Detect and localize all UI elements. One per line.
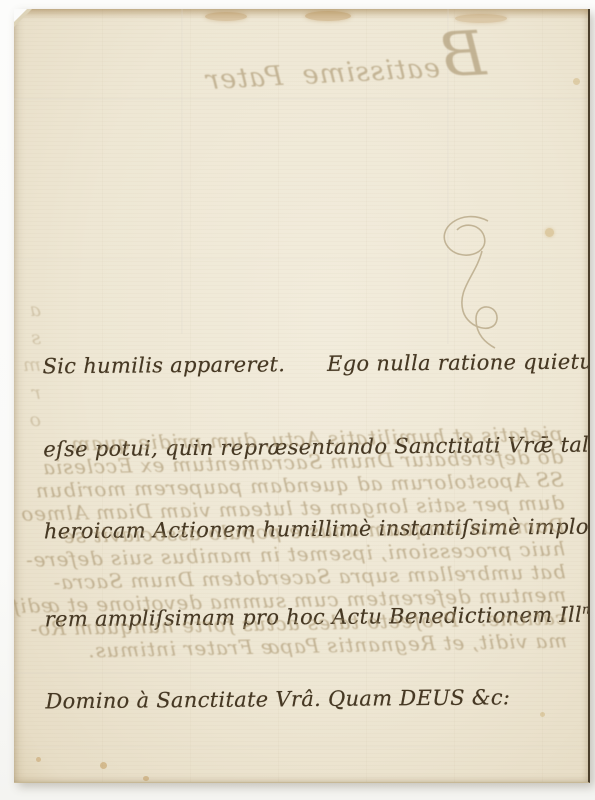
letter-line: Sic humilis appareret. Ego nulla ratione…	[42, 349, 582, 381]
bleed-fragment: a	[15, 297, 41, 325]
bleed-fragment: r	[15, 380, 41, 408]
stain	[36, 757, 41, 762]
manuscript-page: Beatissime Pater a s m r o Sic humilis a…	[14, 9, 590, 783]
fold-crease-horizontal	[14, 98, 588, 100]
stain	[305, 11, 351, 21]
bleed-fragment: m	[15, 352, 41, 380]
fold-crease-vertical	[181, 9, 183, 334]
dog-eared-corner	[14, 9, 28, 23]
stain	[545, 228, 554, 237]
stain	[205, 12, 247, 21]
bleed-fragment: s	[15, 325, 41, 353]
bleedthrough-paragraph: pietatis et humilitatis Actu, dum pridie…	[23, 422, 568, 663]
stain	[143, 776, 149, 781]
stain	[573, 78, 580, 85]
abbreviation-superscript: mo	[582, 602, 590, 617]
bleed-fragment: o	[15, 407, 41, 435]
bleedthrough-edge-fragments: a s m r o	[15, 297, 41, 435]
bleedthrough-heading: Beatissime Pater	[189, 28, 487, 96]
scanned-letter: Beatissime Pater a s m r o Sic humilis a…	[0, 0, 595, 800]
letter-line: Domino à Sanctitate Vrâ. Quam DEUS &c:	[45, 684, 585, 716]
bleedthrough-heading-text: Beatissime Pater	[189, 28, 487, 96]
